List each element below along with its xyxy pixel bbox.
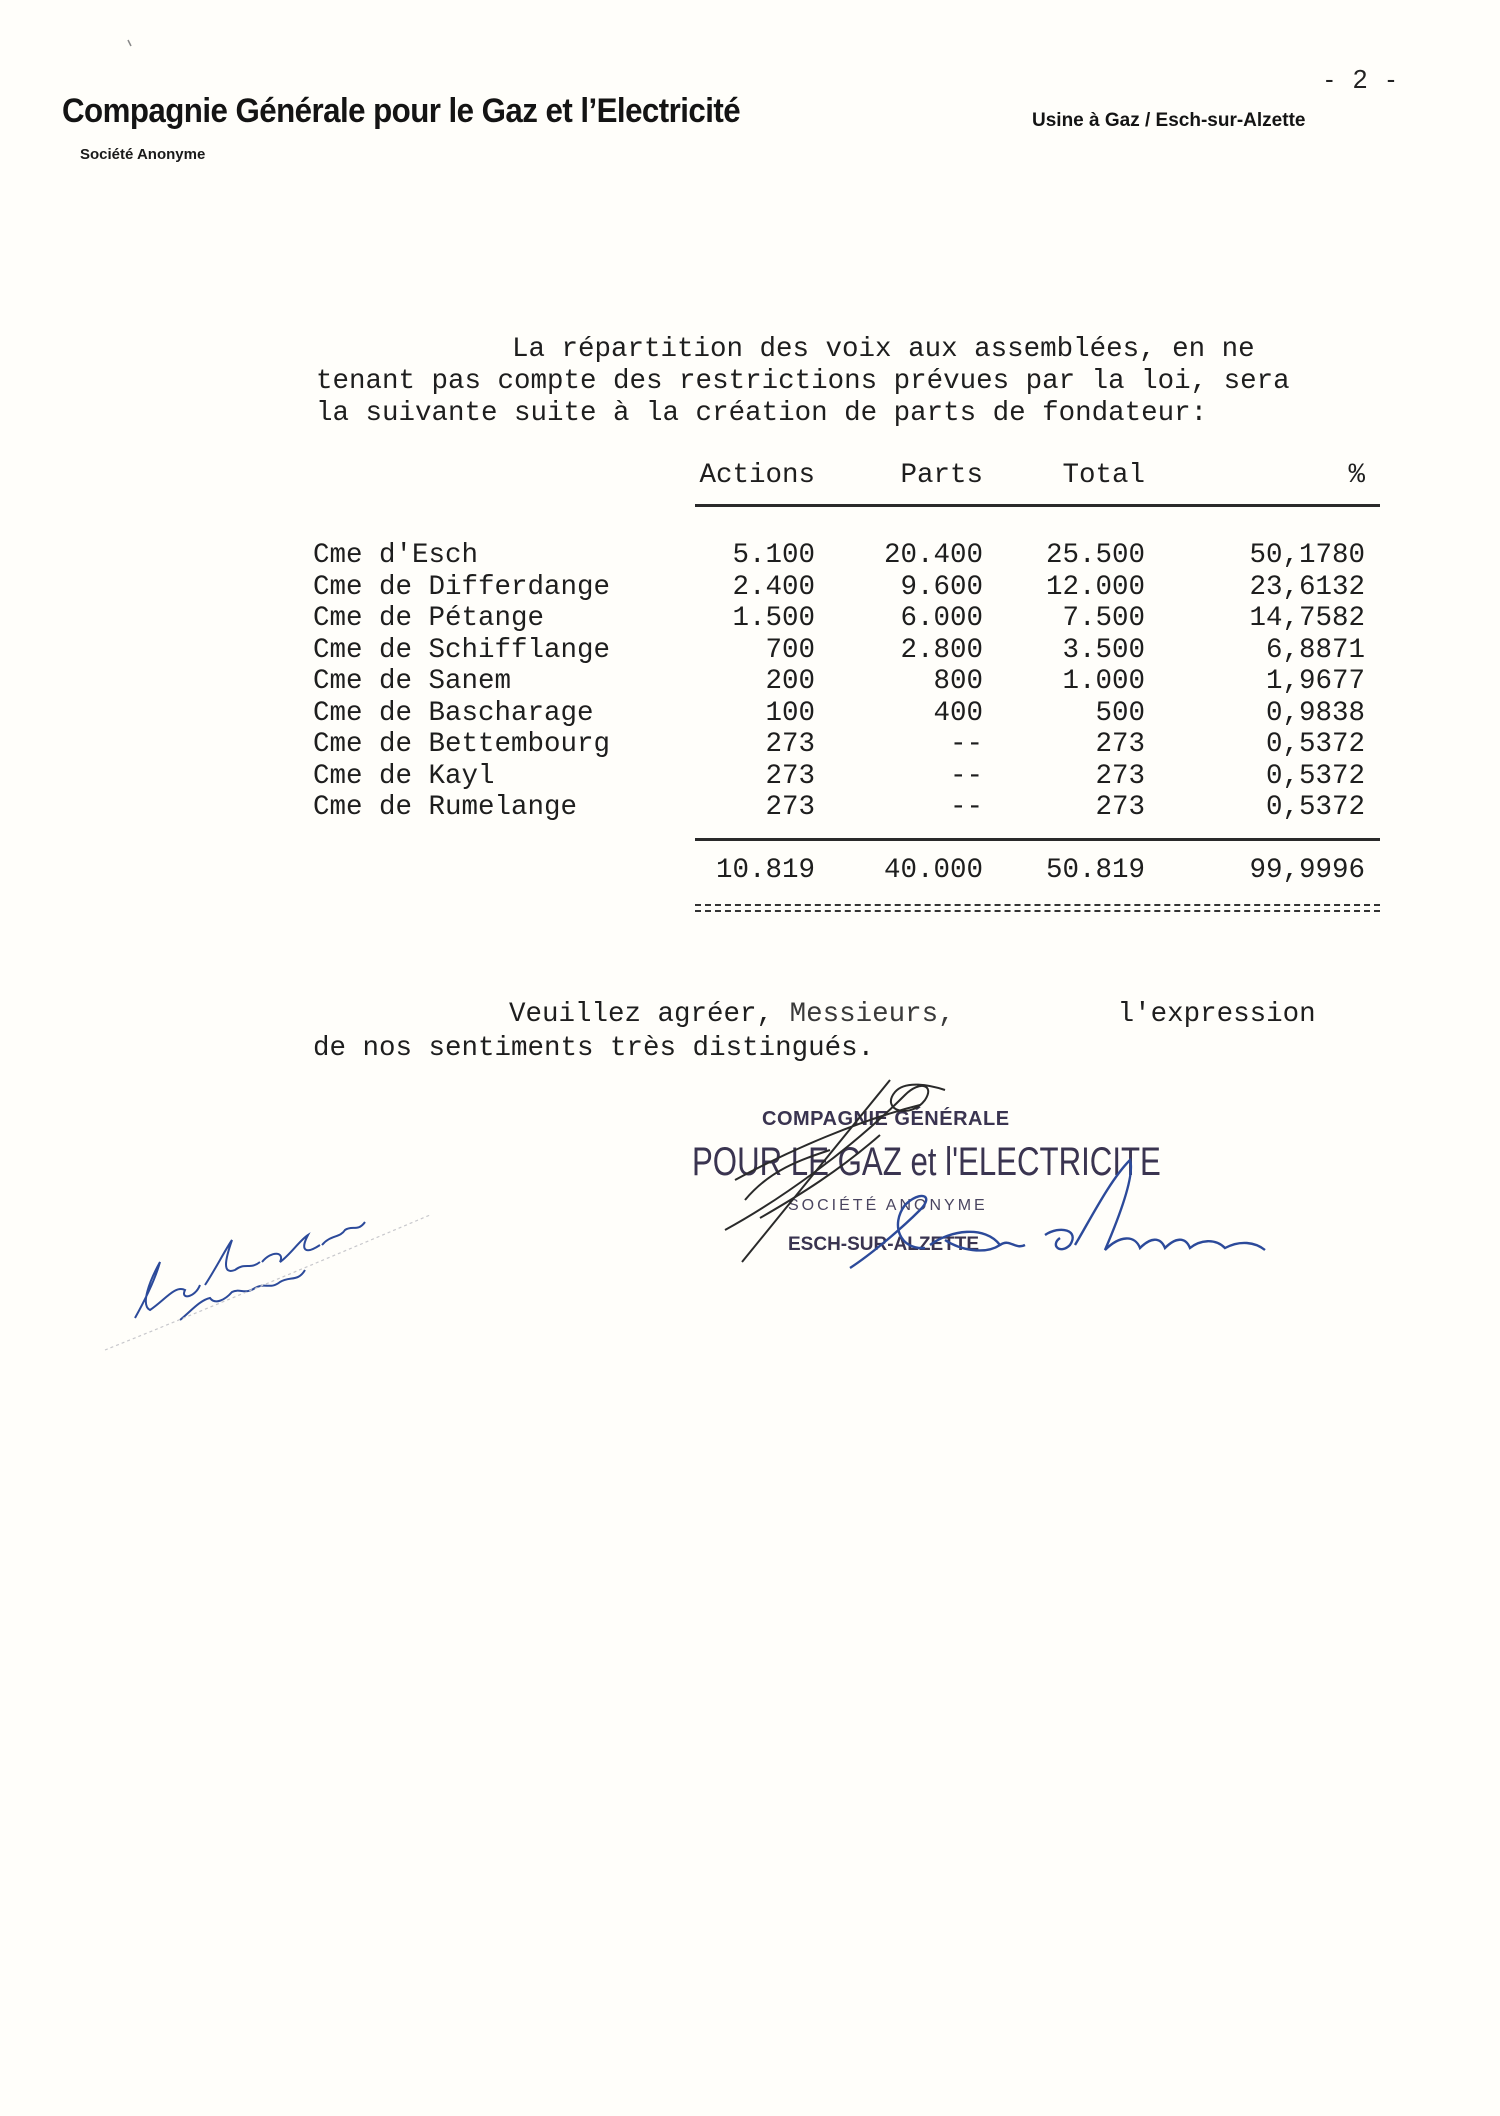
actions-value: 700 — [688, 635, 815, 667]
table-row: Cme de Bascharage 100 400 500 0,9838 — [313, 698, 1365, 730]
total-value: 273 — [983, 761, 1145, 793]
stamp-line-4: ESCH-SUR-ALZETTE — [788, 1234, 979, 1256]
parts-value: 9.600 — [815, 572, 983, 604]
pencil-line — [105, 1215, 430, 1350]
table-row: Cme de Differdange 2.400 9.600 12.000 23… — [313, 572, 1365, 604]
double-underline — [695, 904, 1380, 912]
parts-value: 800 — [815, 666, 983, 698]
total-percent: 99,9996 — [1145, 855, 1365, 887]
percent-value: 23,6132 — [1145, 572, 1365, 604]
closing-formula: Veuillez agréer, Messieurs,l'expression … — [313, 998, 1316, 1066]
commune-name: Cme de Bascharage — [313, 698, 688, 730]
actions-value: 273 — [688, 792, 815, 824]
total-value: 1.000 — [983, 666, 1145, 698]
total-value: 500 — [983, 698, 1145, 730]
total-value: 12.000 — [983, 572, 1145, 604]
table-row: Cme de Bettembourg 273 -- 273 0,5372 — [313, 729, 1365, 761]
page-number: - 2 - — [1325, 64, 1401, 95]
header-rule — [695, 504, 1380, 507]
column-header-total: Total — [983, 460, 1145, 492]
table-row: Cme de Sanem 200 800 1.000 1,9677 — [313, 666, 1365, 698]
commune-name: Cme de Pétange — [313, 603, 688, 635]
paragraph-line: tenant pas compte des restrictions prévu… — [316, 366, 1290, 397]
actions-value: 273 — [688, 729, 815, 761]
percent-value: 6,8871 — [1145, 635, 1365, 667]
intro-paragraph: La répartition des voix aux assemblées, … — [316, 334, 1290, 430]
commune-name: Cme de Rumelange — [313, 792, 688, 824]
paragraph-line: La répartition des voix aux assemblées, … — [512, 334, 1255, 365]
totals-rule — [695, 838, 1380, 841]
total-total: 50.819 — [983, 855, 1145, 887]
actions-value: 100 — [688, 698, 815, 730]
total-value: 25.500 — [983, 540, 1145, 572]
stamp-line-2: POUR LE GAZ et l'ELECTRICITE — [692, 1140, 1161, 1185]
closing-line-2: de nos sentiments très distingués. — [313, 1033, 874, 1064]
total-parts: 40.000 — [815, 855, 983, 887]
letterhead-legal-form: Société Anonyme — [80, 146, 205, 163]
commune-name: Cme de Sanem — [313, 666, 688, 698]
closing-expression: l'expression — [1118, 999, 1316, 1030]
commune-name: Cme de Differdange — [313, 572, 688, 604]
actions-value: 200 — [688, 666, 815, 698]
commune-name: Cme de Bettembourg — [313, 729, 688, 761]
parts-value: -- — [815, 761, 983, 793]
total-value: 7.500 — [983, 603, 1145, 635]
stamp-line-1: COMPAGNIE GÉNÉRALE — [762, 1108, 1010, 1131]
total-value: 273 — [983, 729, 1145, 761]
table-row: Cme d'Esch 5.100 20.400 25.500 50,1780 — [313, 540, 1365, 572]
handwritten-note — [135, 1222, 365, 1320]
actions-value: 273 — [688, 761, 815, 793]
letterhead-company-name: Compagnie Générale pour le Gaz et l’Elec… — [62, 92, 740, 131]
percent-value: 0,9838 — [1145, 698, 1365, 730]
ink-speck — [128, 40, 131, 46]
parts-value: 2.800 — [815, 635, 983, 667]
column-header-parts: Parts — [815, 460, 983, 492]
closing-greeting: Veuillez agréer, — [509, 999, 773, 1030]
table-header: Actions Parts Total % — [313, 460, 1365, 492]
table-row: Cme de Schifflange 700 2.800 3.500 6,887… — [313, 635, 1365, 667]
total-actions: 10.819 — [688, 855, 815, 887]
actions-value: 1.500 — [688, 603, 815, 635]
table-row: Cme de Kayl 273 -- 273 0,5372 — [313, 761, 1365, 793]
table-row: Cme de Rumelange 273 -- 273 0,5372 — [313, 792, 1365, 824]
parts-value: -- — [815, 792, 983, 824]
parts-value: 400 — [815, 698, 983, 730]
percent-value: 14,7582 — [1145, 603, 1365, 635]
column-header-percent: % — [1145, 460, 1365, 492]
parts-value: -- — [815, 729, 983, 761]
column-header-actions: Actions — [688, 460, 815, 492]
stamp-line-3: SOCIÉTÉ ANONYME — [788, 1197, 988, 1215]
commune-name: Cme de Schifflange — [313, 635, 688, 667]
commune-name: Cme d'Esch — [313, 540, 688, 572]
percent-value: 0,5372 — [1145, 761, 1365, 793]
paragraph-line: la suivante suite à la création de parts… — [316, 398, 1207, 429]
commune-name: Cme de Kayl — [313, 761, 688, 793]
percent-value: 1,9677 — [1145, 666, 1365, 698]
percent-value: 0,5372 — [1145, 729, 1365, 761]
parts-value: 20.400 — [815, 540, 983, 572]
actions-value: 2.400 — [688, 572, 815, 604]
parts-value: 6.000 — [815, 603, 983, 635]
total-value: 3.500 — [983, 635, 1145, 667]
total-value: 273 — [983, 792, 1145, 824]
actions-value: 5.100 — [688, 540, 815, 572]
percent-value: 0,5372 — [1145, 792, 1365, 824]
closing-salutation: Messieurs, — [790, 999, 955, 1030]
letterhead-location: Usine à Gaz / Esch-sur-Alzette — [1032, 110, 1305, 132]
totals-row: 10.819 40.000 50.819 99,9996 — [313, 855, 1365, 887]
percent-value: 50,1780 — [1145, 540, 1365, 572]
table-row: Cme de Pétange 1.500 6.000 7.500 14,7582 — [313, 603, 1365, 635]
